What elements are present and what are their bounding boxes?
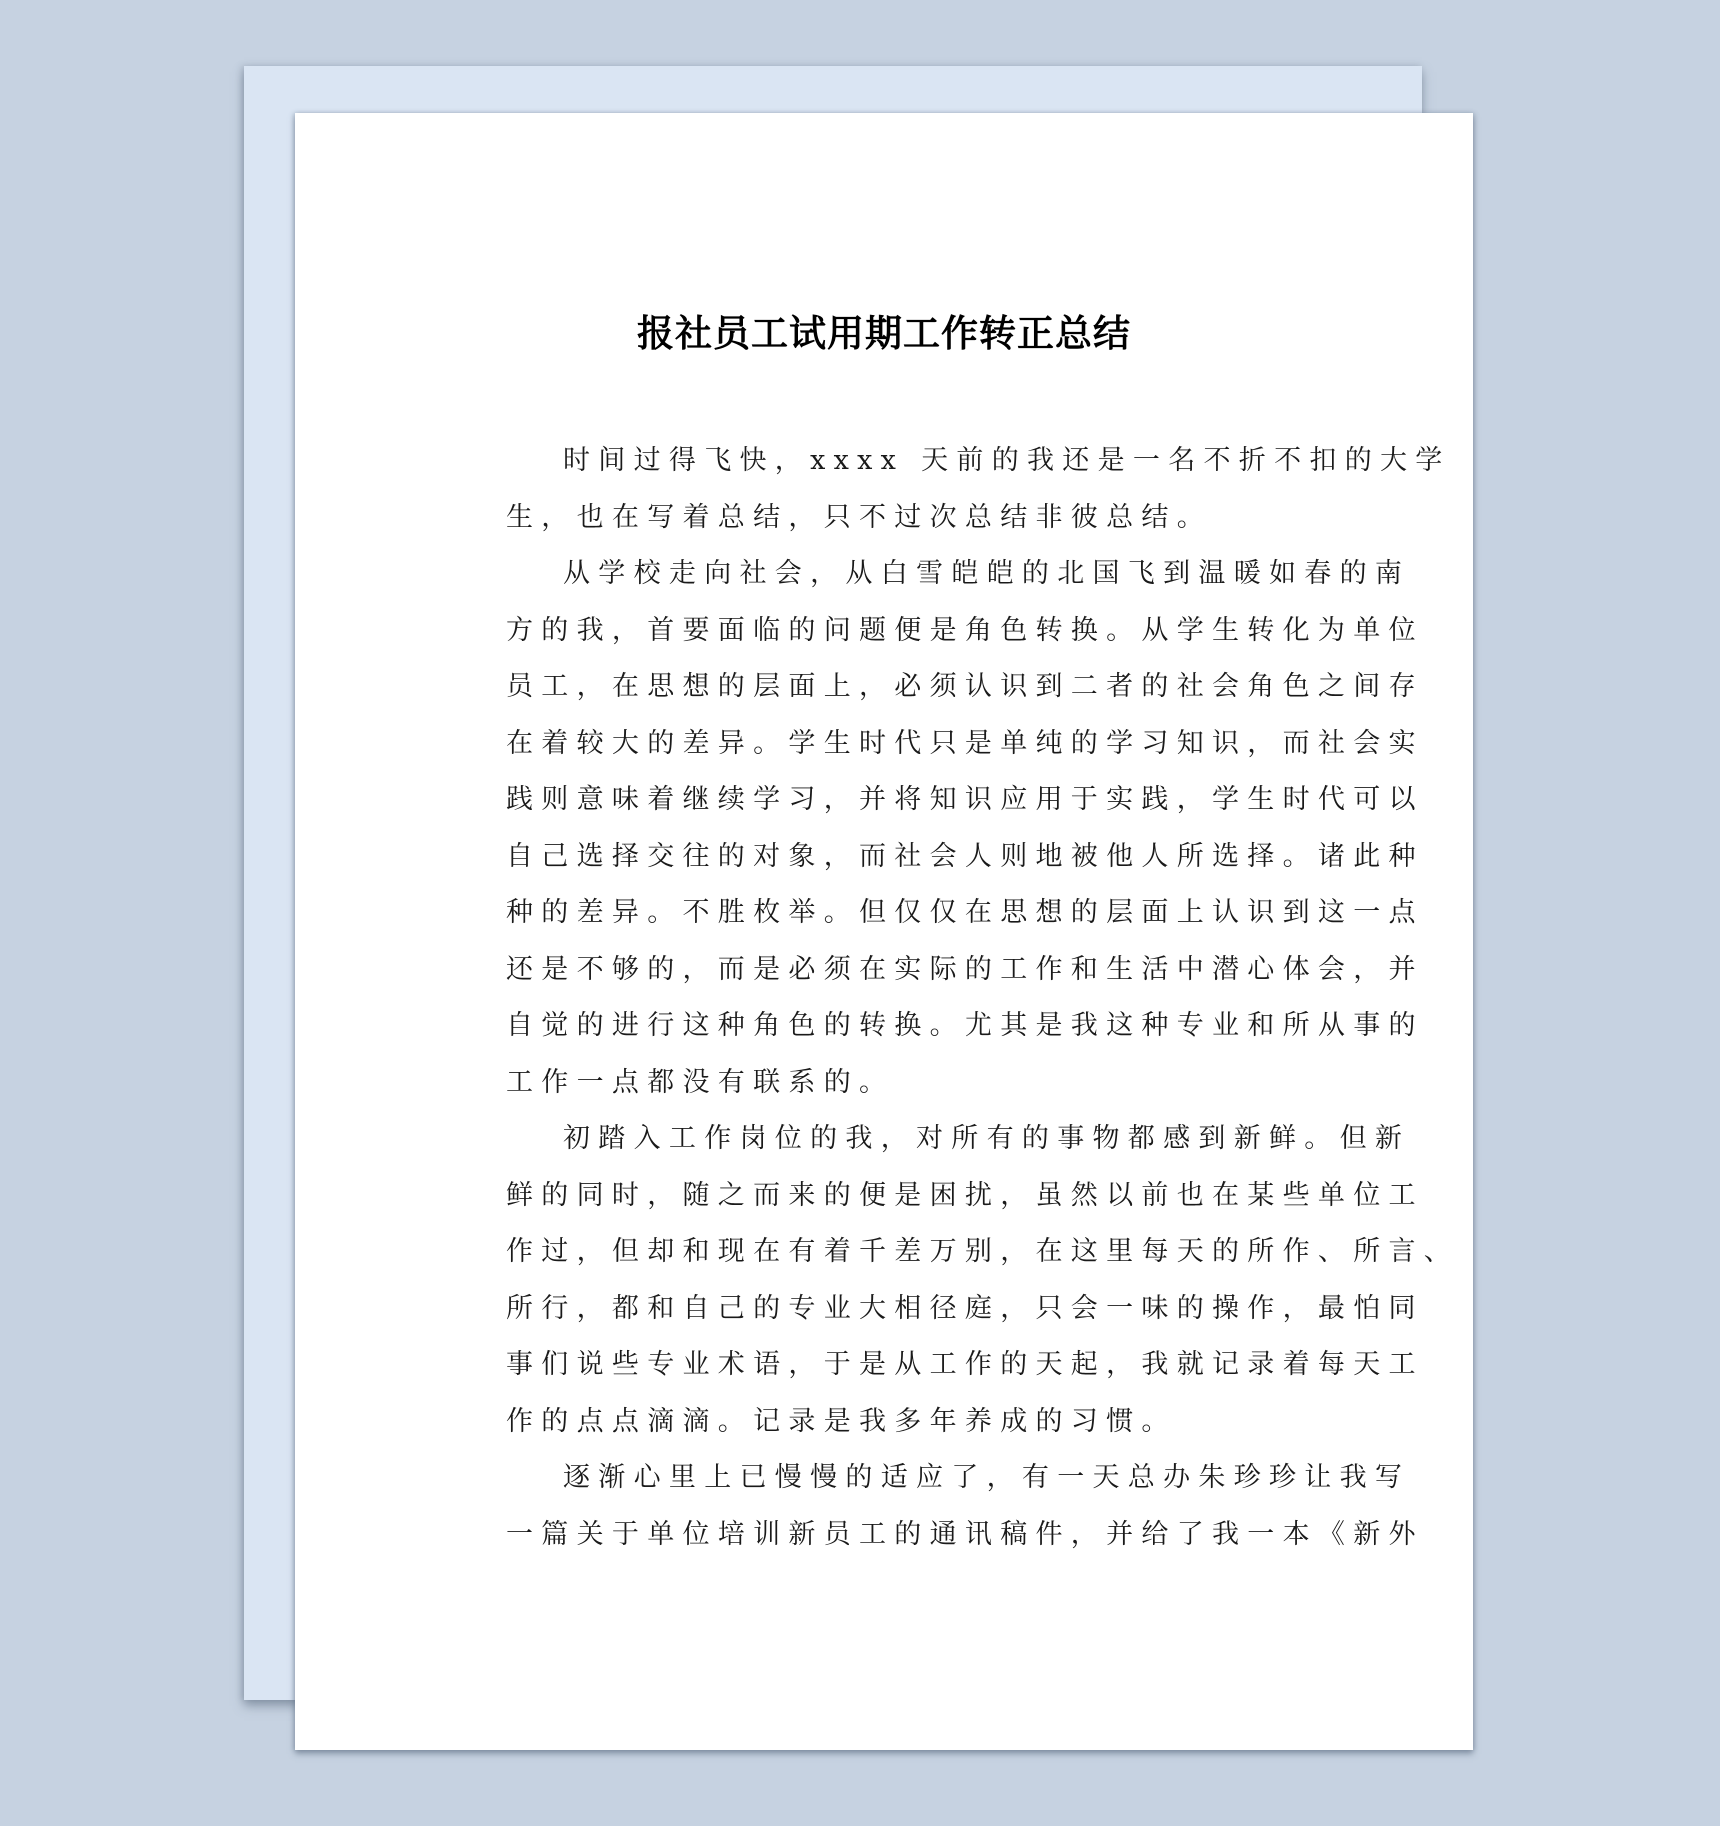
- paragraph-2: 从学校走向社会，从白雪皑皑的北国飞到温暖如春的南 方的我，首要面临的问题便是角色…: [506, 546, 1266, 1111]
- text-line: 还是不够的，而是必须在实际的工作和生活中潜心体会，并: [506, 942, 1266, 999]
- paragraph-1: 时间过得飞快，xxxx 天前的我还是一名不折不扣的大学 生，也在写着总结，只不过…: [506, 433, 1266, 546]
- document-title: 报社员工试用期工作转正总结: [295, 303, 1473, 357]
- text-line: 践则意味着继续学习，并将知识应用于实践，学生时代可以: [506, 772, 1266, 829]
- text-line: 从学校走向社会，从白雪皑皑的北国飞到温暖如春的南: [506, 546, 1266, 603]
- text-line: 事们说些专业术语，于是从工作的天起，我就记录着每天工: [506, 1337, 1266, 1394]
- text-line: 一篇关于单位培训新员工的通讯稿件，并给了我一本《新外: [506, 1507, 1266, 1564]
- text-line: 自觉的进行这种角色的转换。尤其是我这种专业和所从事的: [506, 998, 1266, 1055]
- text-line: 员工，在思想的层面上，必须认识到二者的社会角色之间存: [506, 659, 1266, 716]
- document-page: 报社员工试用期工作转正总结 时间过得飞快，xxxx 天前的我还是一名不折不扣的大…: [295, 113, 1473, 1750]
- text-line: 自己选择交往的对象，而社会人则地被他人所选择。诸此种: [506, 829, 1266, 886]
- text-line: 初踏入工作岗位的我，对所有的事物都感到新鲜。但新: [506, 1111, 1266, 1168]
- text-line: 逐渐心里上已慢慢的适应了，有一天总办朱珍珍让我写: [506, 1450, 1266, 1507]
- text-line: 在着较大的差异。学生时代只是单纯的学习知识，而社会实: [506, 716, 1266, 773]
- text-line: 时间过得飞快，xxxx 天前的我还是一名不折不扣的大学: [506, 433, 1266, 490]
- text-line: 种的差异。不胜枚举。但仅仅在思想的层面上认识到这一点: [506, 885, 1266, 942]
- document-body: 时间过得飞快，xxxx 天前的我还是一名不折不扣的大学 生，也在写着总结，只不过…: [506, 433, 1266, 1563]
- text-line: 方的我，首要面临的问题便是角色转换。从学生转化为单位: [506, 603, 1266, 660]
- text-line: 生，也在写着总结，只不过次总结非彼总结。: [506, 490, 1266, 547]
- paragraph-3: 初踏入工作岗位的我，对所有的事物都感到新鲜。但新 鲜的同时，随之而来的便是困扰，…: [506, 1111, 1266, 1450]
- text-line: 作过，但却和现在有着千差万别，在这里每天的所作、所言、: [506, 1224, 1266, 1281]
- text-line: 工作一点都没有联系的。: [506, 1055, 1266, 1112]
- text-line: 作的点点滴滴。记录是我多年养成的习惯。: [506, 1394, 1266, 1451]
- text-line: 所行，都和自己的专业大相径庭，只会一味的操作，最怕同: [506, 1281, 1266, 1338]
- paragraph-4: 逐渐心里上已慢慢的适应了，有一天总办朱珍珍让我写 一篇关于单位培训新员工的通讯稿…: [506, 1450, 1266, 1563]
- text-line: 鲜的同时，随之而来的便是困扰，虽然以前也在某些单位工: [506, 1168, 1266, 1225]
